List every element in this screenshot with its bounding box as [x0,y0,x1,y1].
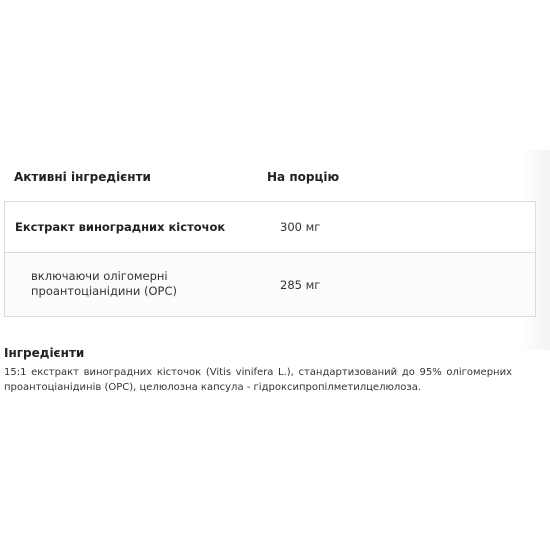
ingredient-amount: 300 мг [280,220,320,234]
ingredients-title: Інгредієнти [4,346,84,360]
ingredient-name: включаючи олігомерні проантоціанідини (O… [31,269,231,299]
ingredients-text: 15:1 екстракт виноградних кісточок (Viti… [4,365,512,395]
table-row: включаючи олігомерні проантоціанідини (O… [5,253,535,316]
ingredient-name: Екстракт виноградних кісточок [15,220,225,234]
header-per-serving: На порцію [267,170,339,184]
ingredient-amount: 285 мг [280,278,320,292]
supplement-facts-table: Екстракт виноградних кісточок 300 мг вкл… [4,201,536,317]
table-header: Активні інгредієнти На порцію [4,160,537,200]
header-active-ingredients: Активні інгредієнти [14,170,151,184]
table-row: Екстракт виноградних кісточок 300 мг [5,202,535,253]
